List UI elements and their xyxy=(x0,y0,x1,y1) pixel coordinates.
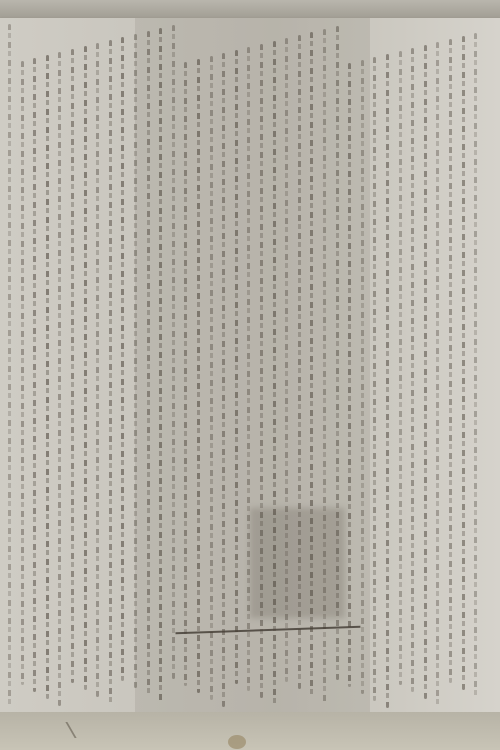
handwritten-line xyxy=(361,60,364,694)
handwritten-line xyxy=(436,42,439,706)
handwritten-line xyxy=(373,57,376,701)
handwritten-line xyxy=(449,39,452,683)
handwritten-line xyxy=(424,45,427,699)
handwritten-line xyxy=(96,43,99,697)
handwritten-line xyxy=(84,46,87,690)
handwritten-line xyxy=(210,56,213,700)
handwritten-line xyxy=(33,58,36,692)
handwritten-line xyxy=(71,49,74,683)
handwritten-line xyxy=(134,34,137,688)
handwritten-line xyxy=(222,53,225,707)
handwritten-line xyxy=(8,24,11,708)
handwritten-line xyxy=(411,48,414,692)
handwritten-line xyxy=(462,36,465,690)
handwritten-line xyxy=(58,52,61,706)
handwritten-line xyxy=(184,62,187,686)
handwritten-line xyxy=(235,50,238,684)
handwritten-line xyxy=(109,40,112,704)
handwritten-line xyxy=(273,41,276,705)
handwritten-line xyxy=(348,63,351,687)
handwritten-line xyxy=(121,37,124,681)
handwritten-line xyxy=(172,25,175,679)
manuscript-page xyxy=(0,18,500,712)
handwritten-line xyxy=(399,51,402,685)
handwritten-line xyxy=(247,47,250,691)
handwritten-line xyxy=(285,38,288,682)
handwritten-line xyxy=(46,55,49,699)
handwritten-line xyxy=(159,28,162,702)
handwritten-line xyxy=(298,35,301,689)
handwritten-line xyxy=(310,32,313,696)
handwritten-line xyxy=(197,59,200,693)
handwritten-line xyxy=(21,61,24,685)
handwritten-line xyxy=(474,33,477,697)
handwritten-line xyxy=(260,44,263,698)
handwritten-line xyxy=(386,54,389,708)
handwritten-line xyxy=(147,31,150,695)
underlying-sheet-spot xyxy=(228,735,246,749)
handwritten-line xyxy=(323,29,326,703)
handwritten-line xyxy=(336,26,339,680)
